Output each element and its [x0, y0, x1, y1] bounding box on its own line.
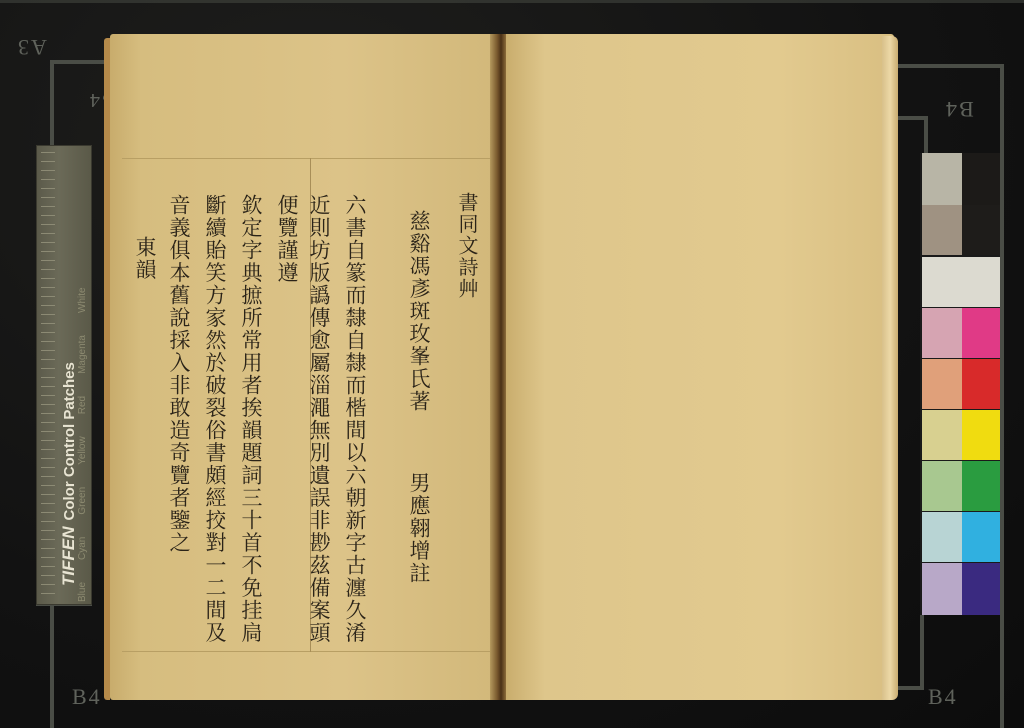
tiffen-logo: TIFFEN [59, 527, 78, 587]
tiffen-brand-label: TIFFENColor Control Patches [59, 362, 79, 586]
patch-red [962, 359, 1000, 409]
annotator-line: 男應翱增註 [406, 472, 432, 585]
patch-yellow [962, 410, 1000, 460]
patch-green [962, 461, 1000, 511]
preface-column-5: 斷續貽笑方家然於破裂俗書頗經挍對一二間及 [202, 194, 228, 644]
swatch-label: White [77, 287, 88, 313]
patch-purple [962, 563, 1000, 615]
patch-cyan [962, 512, 1000, 562]
patch-black-mid [962, 205, 1000, 255]
open-book: 書同文詩艸 慈谿馮彥斑玫峯氏著 男應翱增註 六書自篆而隸自隸而楷間以六朝新字古瀍… [108, 32, 900, 704]
patch-yellow-light [922, 410, 962, 460]
guide-line-right-box-side [1000, 64, 1004, 728]
patch-gray-mid [922, 205, 962, 255]
book-page-edges-right [882, 36, 898, 700]
tiffen-swatch-labels: Blue Cyan Green Yellow Red Magenta White [77, 287, 88, 602]
section-heading: 東韻 [132, 236, 158, 281]
preface-column-2: 近則坊版譌傳愈屬淄澠無別遺誤非尠茲備案頭 [306, 194, 332, 644]
patch-lavender [922, 563, 962, 615]
patch-black-top [962, 153, 1000, 205]
patch-magenta [962, 308, 1000, 358]
patch-green-light [922, 461, 962, 511]
patch-peach [922, 359, 962, 409]
swatch-label: Blue [77, 582, 88, 602]
guide-line-top-edge [0, 0, 1024, 3]
color-calibration-patches [920, 153, 1000, 615]
mat-label-a3: A3 [16, 34, 47, 60]
preface-column-1: 六書自篆而隸自隸而楷間以六朝新字古瀍久淆 [342, 194, 368, 644]
patch-pink-light [922, 308, 962, 358]
mat-label-b4-bottom-right: B4 [928, 684, 958, 710]
swatch-label: Cyan [77, 537, 88, 560]
mat-label-b4-bottom-left: B4 [72, 684, 102, 710]
preface-column-6: 音義俱本舊說採入非敢造奇覽者鑒之 [166, 194, 192, 554]
book-title: 書同文詩艸 [454, 192, 480, 300]
ruler-ticks [41, 152, 55, 600]
preface-column-4: 欽定字典摭所常用者挨韻題詞三十首不免挂扃 [238, 194, 264, 644]
swatch-label: Yellow [77, 436, 88, 465]
guide-line-right-box-top [898, 64, 1004, 68]
swatch-label: Red [77, 396, 88, 414]
tiffen-title: Color Control Patches [61, 362, 78, 520]
tiffen-color-control-strip: TIFFENColor Control Patches Blue Cyan Gr… [36, 145, 92, 605]
swatch-label: Green [77, 487, 88, 515]
patch-gray-light [922, 153, 962, 205]
patch-cyan-light [922, 512, 962, 562]
author-line: 慈谿馮彥斑玫峯氏著 [406, 210, 432, 413]
guide-line-inner-right-v [924, 116, 928, 156]
right-page-blank [506, 34, 894, 700]
swatch-label: Magenta [77, 335, 88, 374]
left-page: 書同文詩艸 慈谿馮彥斑玫峯氏著 男應翱增註 六書自篆而隸自隸而楷間以六朝新字古瀍… [110, 34, 498, 700]
patch-white [922, 257, 1000, 307]
preface-column-3: 便覽謹遵 [274, 194, 300, 284]
guide-line-bottom-right-v [920, 615, 924, 689]
mat-label-b4-top-right: B4 [944, 96, 974, 122]
